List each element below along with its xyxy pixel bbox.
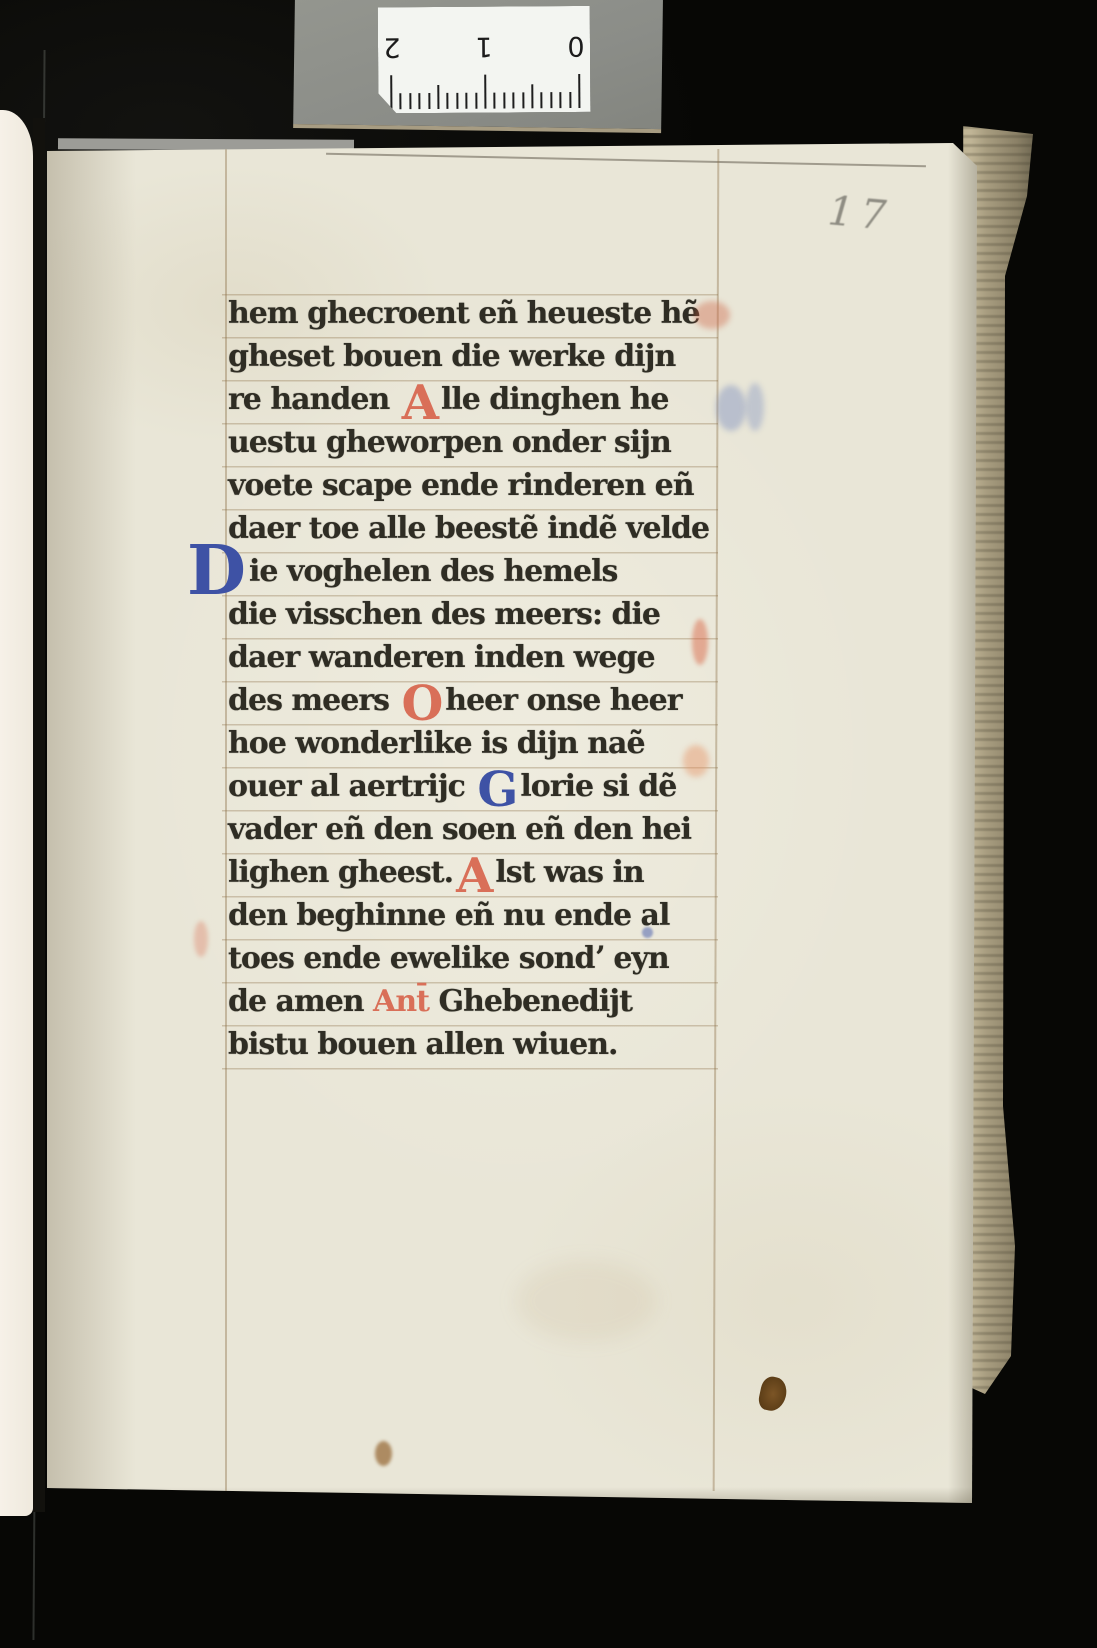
ruler-card: 2 1 0 <box>293 0 663 133</box>
ruler-tick <box>409 93 411 109</box>
text-segment: vader eñ den soen eñ den hei <box>228 812 691 847</box>
text-segment: ie voghelen des hemels <box>249 554 617 589</box>
text-line: Die voghelen des hemels <box>228 550 738 593</box>
ruler-tick <box>456 93 458 109</box>
ruler-tick <box>419 93 421 109</box>
ruler-tick <box>447 93 449 109</box>
text-segment: heer onse heer <box>445 683 681 718</box>
ruler-label-0: 0 <box>564 30 588 61</box>
text-segment: lst was in <box>495 855 643 890</box>
text-segment: die visschen des meers: die <box>228 597 660 632</box>
ruler-tick <box>484 75 486 109</box>
show-through-red <box>694 301 730 329</box>
text-line: hem ghecroent eñ heueste hẽ <box>228 292 738 335</box>
text-segment: daer wanderen inden wege <box>228 640 655 675</box>
ruler-tick <box>531 84 533 108</box>
ruler-tick <box>466 93 468 109</box>
text-segment: bistu bouen allen wiuen. <box>228 1027 617 1062</box>
ruler-tick <box>578 74 580 108</box>
ruler-tick <box>390 75 392 109</box>
text-line: des meers Oheer onse heer <box>228 679 738 722</box>
text-line: daer wanderen inden wege <box>228 636 738 679</box>
text-segment: toes ende ewelike sondʼ eyn <box>228 941 669 976</box>
folio-number: 17 <box>826 188 895 239</box>
text-segment: hoe wonderlike is dijn naẽ <box>228 726 645 761</box>
gutter-shadow <box>46 141 136 1505</box>
text-line: de amen Ant̄ Ghebenedijt <box>228 980 738 1023</box>
ruler-ticks <box>390 66 580 109</box>
ink-dot-blue <box>642 927 653 938</box>
ruler-tick <box>569 92 571 108</box>
text-segment: des meers <box>228 683 398 718</box>
text-block: hem ghecroent eñ heueste hẽgheset bouen … <box>228 292 738 1066</box>
ruler-tick <box>513 92 515 108</box>
text-line: die visschen des meers: die <box>228 593 738 636</box>
show-through-blue <box>716 385 746 431</box>
text-segment: den beghinne eñ nu ende al <box>228 898 669 933</box>
text-segment: lighen gheest. <box>228 855 453 890</box>
ruler-tick <box>560 92 562 108</box>
ruler-tick <box>494 93 496 109</box>
ruler-tick <box>503 93 505 109</box>
text-line: vader eñ den soen eñ den hei <box>228 808 738 851</box>
text-segment: daer toe alle beestẽ indẽ velde <box>228 511 709 546</box>
text-line: voete scape ende rinderen eñ <box>228 464 738 507</box>
text-segment: lorie si dẽ <box>520 769 676 804</box>
text-line: re handen Alle dinghen he <box>228 378 738 421</box>
ruler-tick <box>400 93 402 109</box>
text-line: daer toe alle beestẽ indẽ velde <box>228 507 738 550</box>
text-line: toes ende ewelike sondʼ eyn <box>228 937 738 980</box>
parchment-stain-small <box>375 1441 392 1466</box>
text-line: lighen gheest.Alst was in <box>228 851 738 894</box>
ruler-tick <box>428 93 430 109</box>
text-segment: re handen <box>228 382 399 417</box>
parchment-stain-dark <box>757 1375 790 1414</box>
text-segment: hem ghecroent eñ heueste hẽ <box>228 296 700 331</box>
text-line: ouer al aertrijc Glorie si dẽ <box>228 765 738 808</box>
rubric-label: Ant̄ <box>373 984 429 1019</box>
ruler-label-2: 2 <box>380 31 404 62</box>
show-through-red <box>692 619 708 665</box>
text-line: gheset bouen die werke dijn <box>228 335 738 378</box>
ruler-tick <box>550 92 552 108</box>
ruler-tick <box>437 85 439 109</box>
glass-edge-line <box>326 153 926 168</box>
text-line: den beghinne eñ nu ende al <box>228 894 738 937</box>
ruler-tick <box>541 92 543 108</box>
text-segment: de amen <box>228 984 373 1019</box>
ruler: 2 1 0 <box>378 6 591 113</box>
manuscript-photo: 2 1 0 hem ghecroent eñ heueste hẽgheset … <box>0 0 1097 1648</box>
text-segment: voete scape ende rinderen eñ <box>228 468 694 503</box>
show-through-blue <box>746 383 764 431</box>
manuscript-page: hem ghecroent eñ heueste hẽgheset bouen … <box>46 141 978 1505</box>
ruler-label-1: 1 <box>472 31 496 62</box>
ruler-tick <box>475 93 477 109</box>
text-segment: uestu gheworpen onder sijn <box>228 425 671 460</box>
text-line: uestu gheworpen onder sijn <box>228 421 738 464</box>
leaf-gap-shadow <box>33 118 45 1512</box>
show-through-orange <box>683 745 709 777</box>
text-segment: Ghebenedijt <box>429 984 632 1019</box>
show-through-red <box>194 921 208 957</box>
text-segment: lle dinghen he <box>441 382 669 417</box>
previous-leaf-edge <box>0 110 33 1516</box>
page-edge-shadow-bottom <box>46 1487 978 1505</box>
parchment-stain <box>516 1261 656 1341</box>
text-line: bistu bouen allen wiuen. <box>228 1023 738 1066</box>
ruler-numbers: 2 1 0 <box>390 30 578 61</box>
ruler-tick <box>522 92 524 108</box>
text-segment: gheset bouen die werke dijn <box>228 339 675 374</box>
text-segment: ouer al aertrijc <box>228 769 474 804</box>
text-line: hoe wonderlike is dijn naẽ <box>228 722 738 765</box>
